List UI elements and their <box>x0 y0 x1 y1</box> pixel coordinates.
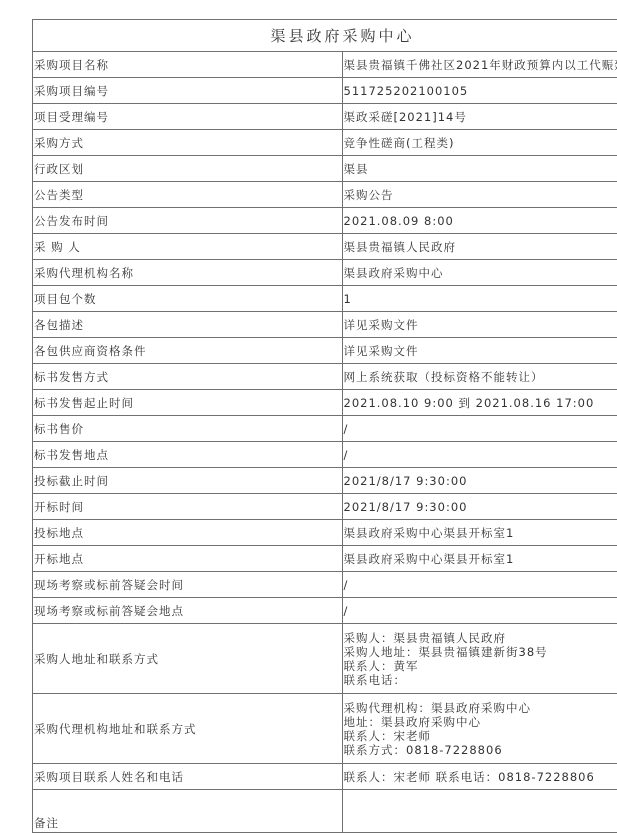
row-value: 2021/8/17 9:30:00 <box>342 494 617 520</box>
row-label: 采购代理机构名称 <box>33 260 343 286</box>
purchaser-contact-person-line: 联系人：黄军 <box>344 659 617 673</box>
row-label: 采购方式 <box>33 130 343 156</box>
row-label: 采购代理机构地址和联系方式 <box>33 694 343 764</box>
table-row-package-count: 项目包个数 1 <box>33 286 617 312</box>
table-row-project-number: 采购项目编号 511725202100105 <box>33 78 617 104</box>
agency-contact-details: 采购代理机构：渠县政府采购中心 地址：渠县政府采购中心 联系人：宋老师 联系方式… <box>342 694 617 764</box>
table-row-site-visit-location: 现场考察或标前答疑会地点 / <box>33 598 617 624</box>
row-label: 公告发布时间 <box>33 208 343 234</box>
row-label: 现场考察或标前答疑会地点 <box>33 598 343 624</box>
row-label: 投标地点 <box>33 520 343 546</box>
row-label: 标书发售起止时间 <box>33 390 343 416</box>
table-row-purchaser: 采 购 人 渠县贵福镇人民政府 <box>33 234 617 260</box>
agency-address-line: 地址：渠县政府采购中心 <box>344 715 617 729</box>
row-value: 渠政采磋[2021]14号 <box>342 104 617 130</box>
row-value: 渠县贵福镇千佛社区2021年财政预算内以工代赈建设项目 <box>342 52 617 78</box>
table-row-bid-document-location: 标书发售地点 / <box>33 442 617 468</box>
row-label: 标书售价 <box>33 416 343 442</box>
purchaser-phone-line: 联系电话： <box>344 673 617 687</box>
agency-phone-line: 联系方式：0818-7228806 <box>344 743 617 757</box>
table-row-bid-document-price: 标书售价 / <box>33 416 617 442</box>
row-value: 2021.08.09 8:00 <box>342 208 617 234</box>
table-row-region: 行政区划 渠县 <box>33 156 617 182</box>
row-value: 采购公告 <box>342 182 617 208</box>
row-label: 标书发售地点 <box>33 442 343 468</box>
row-value: 511725202100105 <box>342 78 617 104</box>
row-value: / <box>342 442 617 468</box>
row-value: 竞争性磋商(工程类) <box>342 130 617 156</box>
row-value: 2021.08.10 9:00 到 2021.08.16 17:00 <box>342 390 617 416</box>
row-value: 渠县政府采购中心渠县开标室1 <box>342 546 617 572</box>
row-label: 开标地点 <box>33 546 343 572</box>
table-row-agency-contact: 采购代理机构地址和联系方式 采购代理机构：渠县政府采购中心 地址：渠县政府采购中… <box>33 694 617 764</box>
row-label: 项目受理编号 <box>33 104 343 130</box>
row-value: 渠县政府采购中心渠县开标室1 <box>342 520 617 546</box>
row-label: 开标时间 <box>33 494 343 520</box>
table-row-publish-time: 公告发布时间 2021.08.09 8:00 <box>33 208 617 234</box>
table-row-bid-location: 投标地点 渠县政府采购中心渠县开标室1 <box>33 520 617 546</box>
table-row-site-visit-time: 现场考察或标前答疑会时间 / <box>33 572 617 598</box>
row-value: / <box>342 416 617 442</box>
table-row-acceptance-number: 项目受理编号 渠政采磋[2021]14号 <box>33 104 617 130</box>
row-label: 项目包个数 <box>33 286 343 312</box>
table-row-bid-opening-time: 开标时间 2021/8/17 9:30:00 <box>33 494 617 520</box>
row-label: 备注 <box>33 790 343 822</box>
row-label: 采购项目编号 <box>33 78 343 104</box>
purchaser-contact-details: 采购人：渠县贵福镇人民政府 采购人地址：渠县贵福镇建新街38号 联系人：黄军 联… <box>342 624 617 694</box>
row-value: 联系人：宋老师 联系电话：0818-7228806 <box>342 764 617 790</box>
table-row-package-description: 各包描述 详见采购文件 <box>33 312 617 338</box>
row-value: 2021/8/17 9:30:00 <box>342 468 617 494</box>
row-label: 采购项目联系人姓名和电话 <box>33 764 343 790</box>
row-value: 详见采购文件 <box>342 338 617 364</box>
row-value: 1 <box>342 286 617 312</box>
table-row-procurement-method: 采购方式 竞争性磋商(工程类) <box>33 130 617 156</box>
row-value: / <box>342 572 617 598</box>
table-row-project-contact: 采购项目联系人姓名和电话 联系人：宋老师 联系电话：0818-7228806 <box>33 764 617 790</box>
table-row-notice-type: 公告类型 采购公告 <box>33 182 617 208</box>
table-row-purchaser-contact: 采购人地址和联系方式 采购人：渠县贵福镇人民政府 采购人地址：渠县贵福镇建新街3… <box>33 624 617 694</box>
purchaser-name-line: 采购人：渠县贵福镇人民政府 <box>344 631 617 645</box>
row-value: / <box>342 598 617 624</box>
table-row-agency-name: 采购代理机构名称 渠县政府采购中心 <box>33 260 617 286</box>
agency-contact-person-line: 联系人：宋老师 <box>344 729 617 743</box>
row-value: 渠县 <box>342 156 617 182</box>
row-label: 现场考察或标前答疑会时间 <box>33 572 343 598</box>
row-label: 公告类型 <box>33 182 343 208</box>
row-label: 投标截止时间 <box>33 468 343 494</box>
table-row-remark: 备注 <box>33 790 617 822</box>
row-label: 各包供应商资格条件 <box>33 338 343 364</box>
table-row-bid-deadline: 投标截止时间 2021/8/17 9:30:00 <box>33 468 617 494</box>
row-value <box>342 790 617 822</box>
procurement-notice: 渠县政府采购中心 采购项目名称 渠县贵福镇千佛社区2021年财政预算内以工代赈建… <box>32 19 617 821</box>
table-row-bid-opening-location: 开标地点 渠县政府采购中心渠县开标室1 <box>33 546 617 572</box>
procurement-info-table: 渠县政府采购中心 采购项目名称 渠县贵福镇千佛社区2021年财政预算内以工代赈建… <box>32 19 617 821</box>
agency-name-line: 采购代理机构：渠县政府采购中心 <box>344 701 617 715</box>
row-value: 网上系统获取（投标资格不能转让） <box>342 364 617 390</box>
row-label: 各包描述 <box>33 312 343 338</box>
row-value: 渠县贵福镇人民政府 <box>342 234 617 260</box>
table-row-bid-document-method: 标书发售方式 网上系统获取（投标资格不能转让） <box>33 364 617 390</box>
row-label: 标书发售方式 <box>33 364 343 390</box>
row-value: 详见采购文件 <box>342 312 617 338</box>
row-label: 采 购 人 <box>33 234 343 260</box>
purchaser-address-line: 采购人地址：渠县贵福镇建新街38号 <box>344 645 617 659</box>
row-label: 行政区划 <box>33 156 343 182</box>
row-label: 采购项目名称 <box>33 52 343 78</box>
title-row: 渠县政府采购中心 <box>33 20 617 52</box>
row-label: 采购人地址和联系方式 <box>33 624 343 694</box>
page-title: 渠县政府采购中心 <box>33 20 617 52</box>
table-row-project-name: 采购项目名称 渠县贵福镇千佛社区2021年财政预算内以工代赈建设项目 <box>33 52 617 78</box>
table-row-bid-document-period: 标书发售起止时间 2021.08.10 9:00 到 2021.08.16 17… <box>33 390 617 416</box>
row-value: 渠县政府采购中心 <box>342 260 617 286</box>
table-row-supplier-qualification: 各包供应商资格条件 详见采购文件 <box>33 338 617 364</box>
